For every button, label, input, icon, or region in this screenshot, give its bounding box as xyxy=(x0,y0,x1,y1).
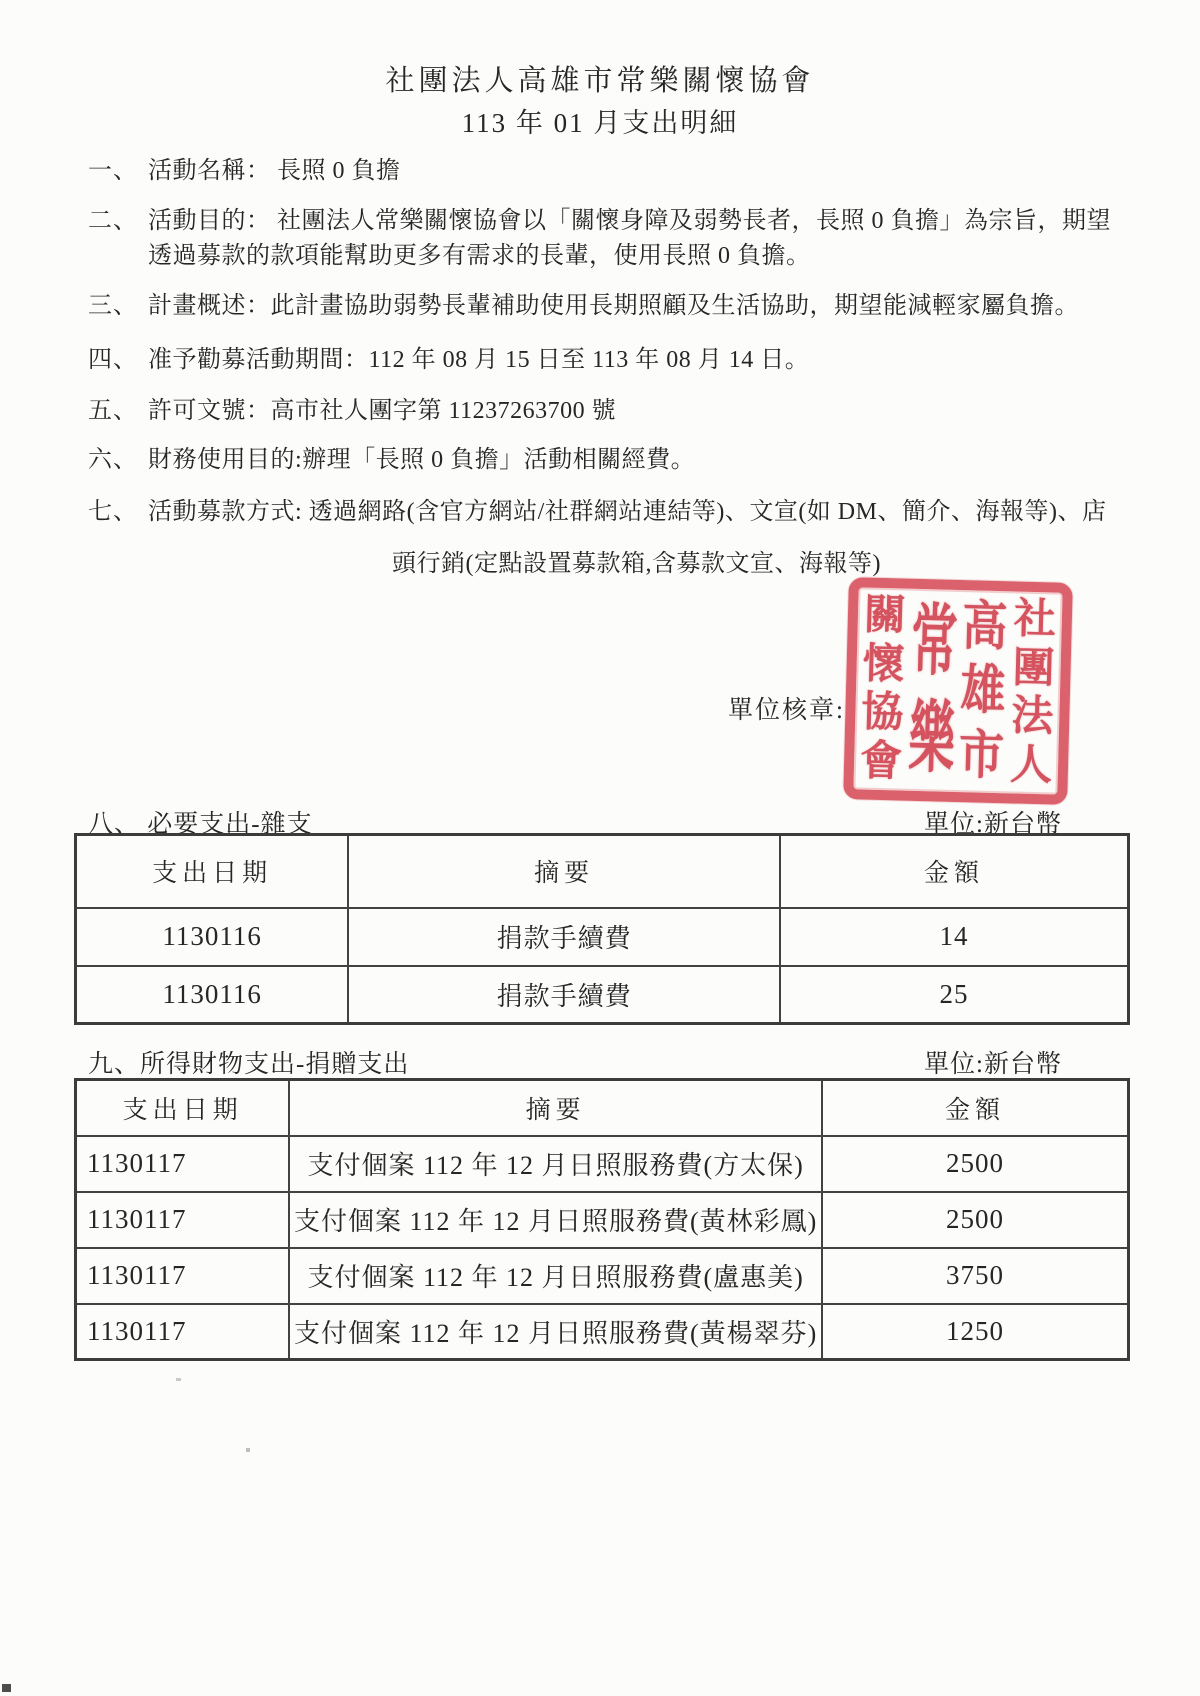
seal-character: 雄 xyxy=(960,665,1006,719)
seal-character: 市 xyxy=(958,729,1004,783)
document-page: 社團法人高雄市常樂關懷協會 113 年 01 月支出明細 一、 活動名稱： 長照… xyxy=(0,0,1200,1696)
column-header-summary: 摘要 xyxy=(348,835,780,908)
table-row: 1130116 捐款手續費 14 xyxy=(76,908,1129,966)
seal-character: 團 xyxy=(1012,647,1055,690)
cell-date: 1130116 xyxy=(76,908,349,966)
cell-date: 1130117 xyxy=(76,1136,290,1192)
item-7-number: 七、 xyxy=(88,491,138,526)
table-header-row: 支出日期 摘要 金額 xyxy=(76,835,1129,908)
unit-seal-label: 單位核章: xyxy=(728,690,845,726)
table-row: 1130116 捐款手續費 25 xyxy=(76,966,1129,1024)
item-7-text-line1: 活動募款方式: 透過網路(含官方網站/社群網站連結等)、文宣(如 DM、簡介、海… xyxy=(148,491,1106,526)
seal-character: 關 xyxy=(863,595,906,638)
cell-date: 1130117 xyxy=(76,1192,290,1248)
association-seal: 關懷協會常樂高雄市社團法人 xyxy=(843,577,1073,805)
item-3-number: 三、 xyxy=(88,285,138,320)
cell-amount: 1250 xyxy=(822,1304,1128,1360)
cell-amount: 14 xyxy=(780,908,1129,966)
cell-summary: 捐款手續費 xyxy=(348,908,780,966)
item-1-text: 活動名稱： 長照 0 負擔 xyxy=(148,150,401,185)
table-row: 1130117 支付個案 112 年 12 月日照服務費(方太保) 2500 xyxy=(76,1136,1129,1192)
scan-artifact xyxy=(176,1378,181,1381)
cell-summary: 支付個案 112 年 12 月日照服務費(方太保) xyxy=(289,1136,822,1192)
section-9-heading: 九、所得財物支出-捐贈支出 xyxy=(88,1044,409,1080)
column-header-amount: 金額 xyxy=(780,835,1129,908)
seal-column: 社團法人 xyxy=(1005,595,1060,790)
item-5-number: 五、 xyxy=(88,390,138,425)
cell-summary: 捐款手續費 xyxy=(348,966,780,1024)
seal-character: 懷 xyxy=(862,643,905,686)
seal-column: 常樂 xyxy=(905,593,960,788)
item-2-text-line2: 透過募款的款項能幫助更多有需求的長輩，使用長照 0 負擔。 xyxy=(148,235,811,270)
item-4-text: 准予勸募活動期間：112 年 08 月 15 日至 113 年 08 月 14 … xyxy=(148,339,809,374)
cell-date: 1130117 xyxy=(76,1248,290,1304)
column-header-summary: 摘要 xyxy=(289,1080,822,1136)
item-4-number: 四、 xyxy=(88,339,138,374)
item-5-text: 許可文號：高市社人團字第 11237263700 號 xyxy=(148,390,616,425)
column-header-amount: 金額 xyxy=(822,1080,1128,1136)
section-9-unit-label: 單位:新台幣 xyxy=(924,1044,1062,1080)
seal-character: 常 xyxy=(910,602,958,681)
table-row: 1130117 支付個案 112 年 12 月日照服務費(黃楊翠芬) 1250 xyxy=(76,1304,1129,1360)
expense-table-misc: 支出日期 摘要 金額 1130116 捐款手續費 14 1130116 捐款手續… xyxy=(74,833,1130,1025)
cell-amount: 2500 xyxy=(822,1192,1128,1248)
item-1-number: 一、 xyxy=(88,150,138,185)
scan-artifact xyxy=(2,1684,11,1692)
item-3-text: 計畫概述：此計畫協助弱勢長輩補助使用長期照顧及生活協助，期望能減輕家屬負擔。 xyxy=(148,285,1079,320)
cell-summary: 支付個案 112 年 12 月日照服務費(盧惠美) xyxy=(289,1248,822,1304)
item-2-number: 二、 xyxy=(88,200,138,235)
table-row: 1130117 支付個案 112 年 12 月日照服務費(黃林彩鳳) 2500 xyxy=(76,1192,1129,1248)
cell-amount: 25 xyxy=(780,966,1129,1024)
seal-column: 高雄市 xyxy=(955,594,1010,789)
seal-character: 法 xyxy=(1011,696,1054,739)
column-header-date: 支出日期 xyxy=(76,1080,290,1136)
expense-table-donation: 支出日期 摘要 金額 1130117 支付個案 112 年 12 月日照服務費(… xyxy=(74,1078,1130,1361)
cell-amount: 3750 xyxy=(822,1248,1128,1304)
cell-amount: 2500 xyxy=(822,1136,1128,1192)
table-row: 1130117 支付個案 112 年 12 月日照服務費(盧惠美) 3750 xyxy=(76,1248,1129,1304)
seal-character: 協 xyxy=(861,692,904,735)
seal-character: 人 xyxy=(1010,744,1053,787)
item-6-number: 六、 xyxy=(88,439,138,474)
scan-artifact xyxy=(246,1448,250,1452)
seal-character: 會 xyxy=(860,740,903,783)
cell-summary: 支付個案 112 年 12 月日照服務費(黃楊翠芬) xyxy=(289,1304,822,1360)
cell-date: 1130117 xyxy=(76,1304,290,1360)
seal-character: 高 xyxy=(961,600,1007,654)
seal-column: 關懷協會 xyxy=(855,591,910,786)
seal-character: 樂 xyxy=(908,699,956,778)
page-subtitle: 113 年 01 月支出明細 xyxy=(0,101,1200,140)
table-header-row: 支出日期 摘要 金額 xyxy=(76,1080,1129,1136)
cell-date: 1130116 xyxy=(76,966,349,1024)
cell-summary: 支付個案 112 年 12 月日照服務費(黃林彩鳳) xyxy=(289,1192,822,1248)
seal-character: 社 xyxy=(1013,599,1056,642)
item-6-text: 財務使用目的:辦理「長照 0 負擔」活動相關經費。 xyxy=(148,439,695,474)
seal-text-grid: 關懷協會常樂高雄市社團法人 xyxy=(855,591,1060,790)
column-header-date: 支出日期 xyxy=(76,835,349,908)
item-7-text-line2: 頭行銷(定點設置募款箱,含募款文宣、海報等) xyxy=(392,543,881,578)
item-2-text-line1: 活動目的： 社團法人常樂關懷協會以「關懷身障及弱勢長者，長照 0 負擔」為宗旨，… xyxy=(148,200,1111,235)
page-title: 社團法人高雄市常樂關懷協會 xyxy=(0,58,1200,99)
